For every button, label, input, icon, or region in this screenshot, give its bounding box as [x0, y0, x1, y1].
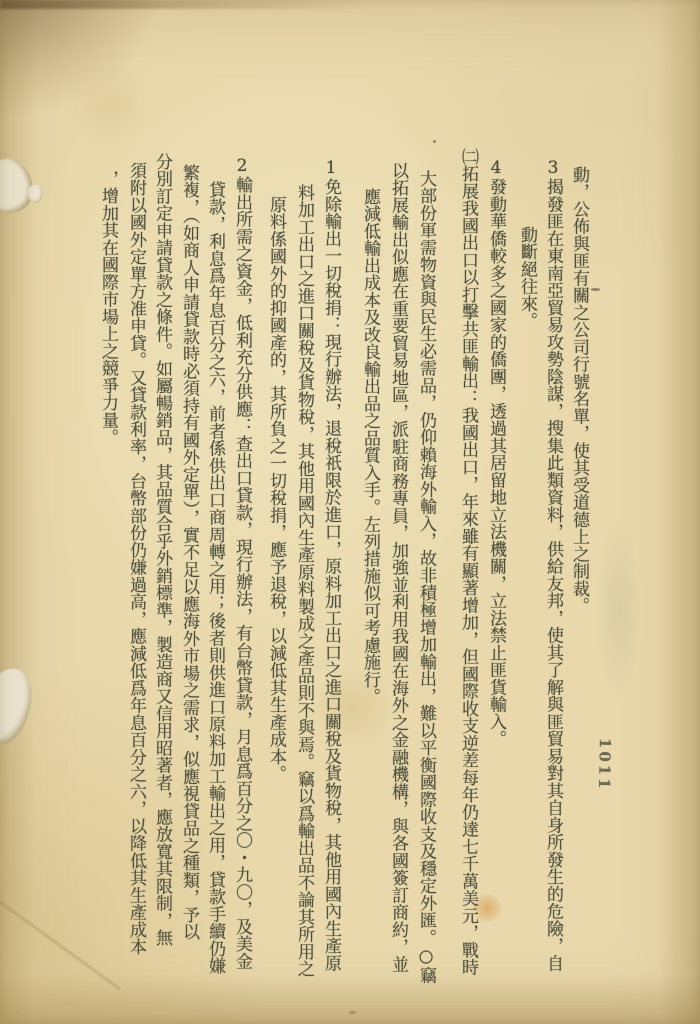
- text-column: 貸款，利息爲年息百分之六，前者係供出口商周轉之用；後者則供進口原料加工輸出之用，…: [203, 181, 228, 975]
- text-column: 應減低輸出成本及改良輸出品之品質入手。左列措施似可考慮施行。: [358, 188, 383, 706]
- text-column: 動斷絕往來。: [515, 226, 540, 330]
- text-column: ㈡拓展我國出口以打擊共匪輸出：我國出口，年來雖有顯著增加，但國際收支逆差每年仍達…: [456, 148, 481, 976]
- text-column: ，增加其在國際市場上之競爭力量。: [96, 170, 121, 446]
- text-column: 3揭發匪在東南亞貿易攻勢陰謀，搜集此類資料，供給友邦，使其了解與匪貿易對其自身所…: [541, 158, 566, 972]
- document-text: 動，公佈與匪有關之公司行號名單，使其受道德上之制裁。3揭發匪在東南亞貿易攻勢陰謀…: [0, 0, 700, 1024]
- text-column: 2輸出所需之資金，低利充分供應：查出口貸款，現行辦法，有台幣貸款，月息爲百分之〇…: [230, 156, 255, 970]
- text-column: 4發動華僑較多之國家的僑團，透過其居留地立法機關，立法禁止匪貨輸入。: [484, 158, 509, 748]
- text-column: 分別訂定申請貸款之條件。如屬暢銷品，其品質合乎外銷標準，製造商又信用昭著者，應放…: [150, 153, 175, 947]
- text-column: 原料係國外的抑國產的，其所負之一切稅捐，應予退稅，以減低其生產成本。: [264, 196, 289, 783]
- text-column: 料加工出口之進口關稅及貨物稅，其他用國內生產原料製成之產品則不與焉。竊以爲輸出品…: [292, 184, 317, 978]
- text-column: 以拓展輸出似應在重要貿易地區，派駐商務專員，加強並利用我國在海外之金融機構，與各…: [386, 162, 411, 973]
- text-column: 須附以國外定單方准申貸。又貸款利率，台幣部份仍嫌過高，應減低爲年息百分之六，以降…: [124, 162, 149, 956]
- text-column: 動，公佈與匪有關之公司行號名單，使其受道德上之制裁。: [567, 166, 592, 615]
- text-column: 大部份軍需物資與民生必需品，仍仰賴海外輸入，故非積極增加輸出，難以平衡國際收支及…: [414, 170, 439, 984]
- scanned-document-page: 動，公佈與匪有關之公司行號名單，使其受道德上之制裁。3揭發匪在東南亞貿易攻勢陰謀…: [0, 0, 700, 1024]
- text-column: 繁複，（如商人申請貸款時必須持有國外定單），實不足以應海外市場之需求，似應視貸品…: [177, 164, 202, 941]
- page-number: 1011: [595, 738, 614, 792]
- text-column: 1免除輸出一切稅捐：現行辦法，退稅祇限於進口，原料加工出口之進口關稅及貨物稅，其…: [319, 158, 344, 972]
